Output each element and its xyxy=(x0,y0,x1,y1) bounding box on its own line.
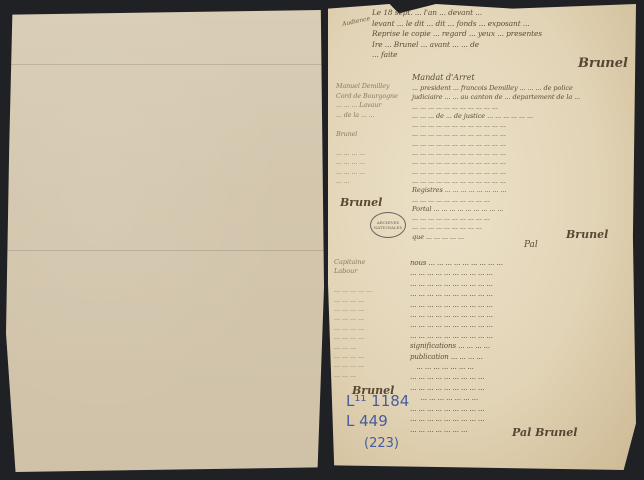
main-paragraph-2: nous ... ... ... ... ... ... ... ... ...… xyxy=(410,258,636,435)
heading-mandat: Mandat d'Arret xyxy=(412,72,475,83)
archive-stamp: ARCHIVES NATIONALES xyxy=(370,212,406,238)
shelfmark-2: L 449 xyxy=(346,412,388,430)
paraph: Pal xyxy=(524,240,538,251)
left-margin-signature-1: Brunel xyxy=(340,196,382,209)
top-signature: Brunel xyxy=(578,56,628,71)
paper-fold xyxy=(6,64,324,65)
shelfmark-3: (223) xyxy=(364,436,399,451)
shelfmark-1: L¹¹ 1184 xyxy=(346,392,409,410)
main-signature: Brunel xyxy=(566,228,608,241)
paper-fold xyxy=(6,250,324,251)
left-margin-note-1: Manuel Demilley Cord de Bourgogne ... ..… xyxy=(336,82,406,187)
main-paragraph-1: ... president ... francois Demilley ... … xyxy=(412,84,636,242)
left-margin-note-2: Capitaine Labour ... ... ... ... ... ...… xyxy=(334,258,410,380)
closing-signature: Pal Brunel xyxy=(512,426,577,439)
top-paragraph: Le 18 sept. ... l'an ... devant ... leva… xyxy=(372,8,637,61)
left-page xyxy=(6,10,324,472)
